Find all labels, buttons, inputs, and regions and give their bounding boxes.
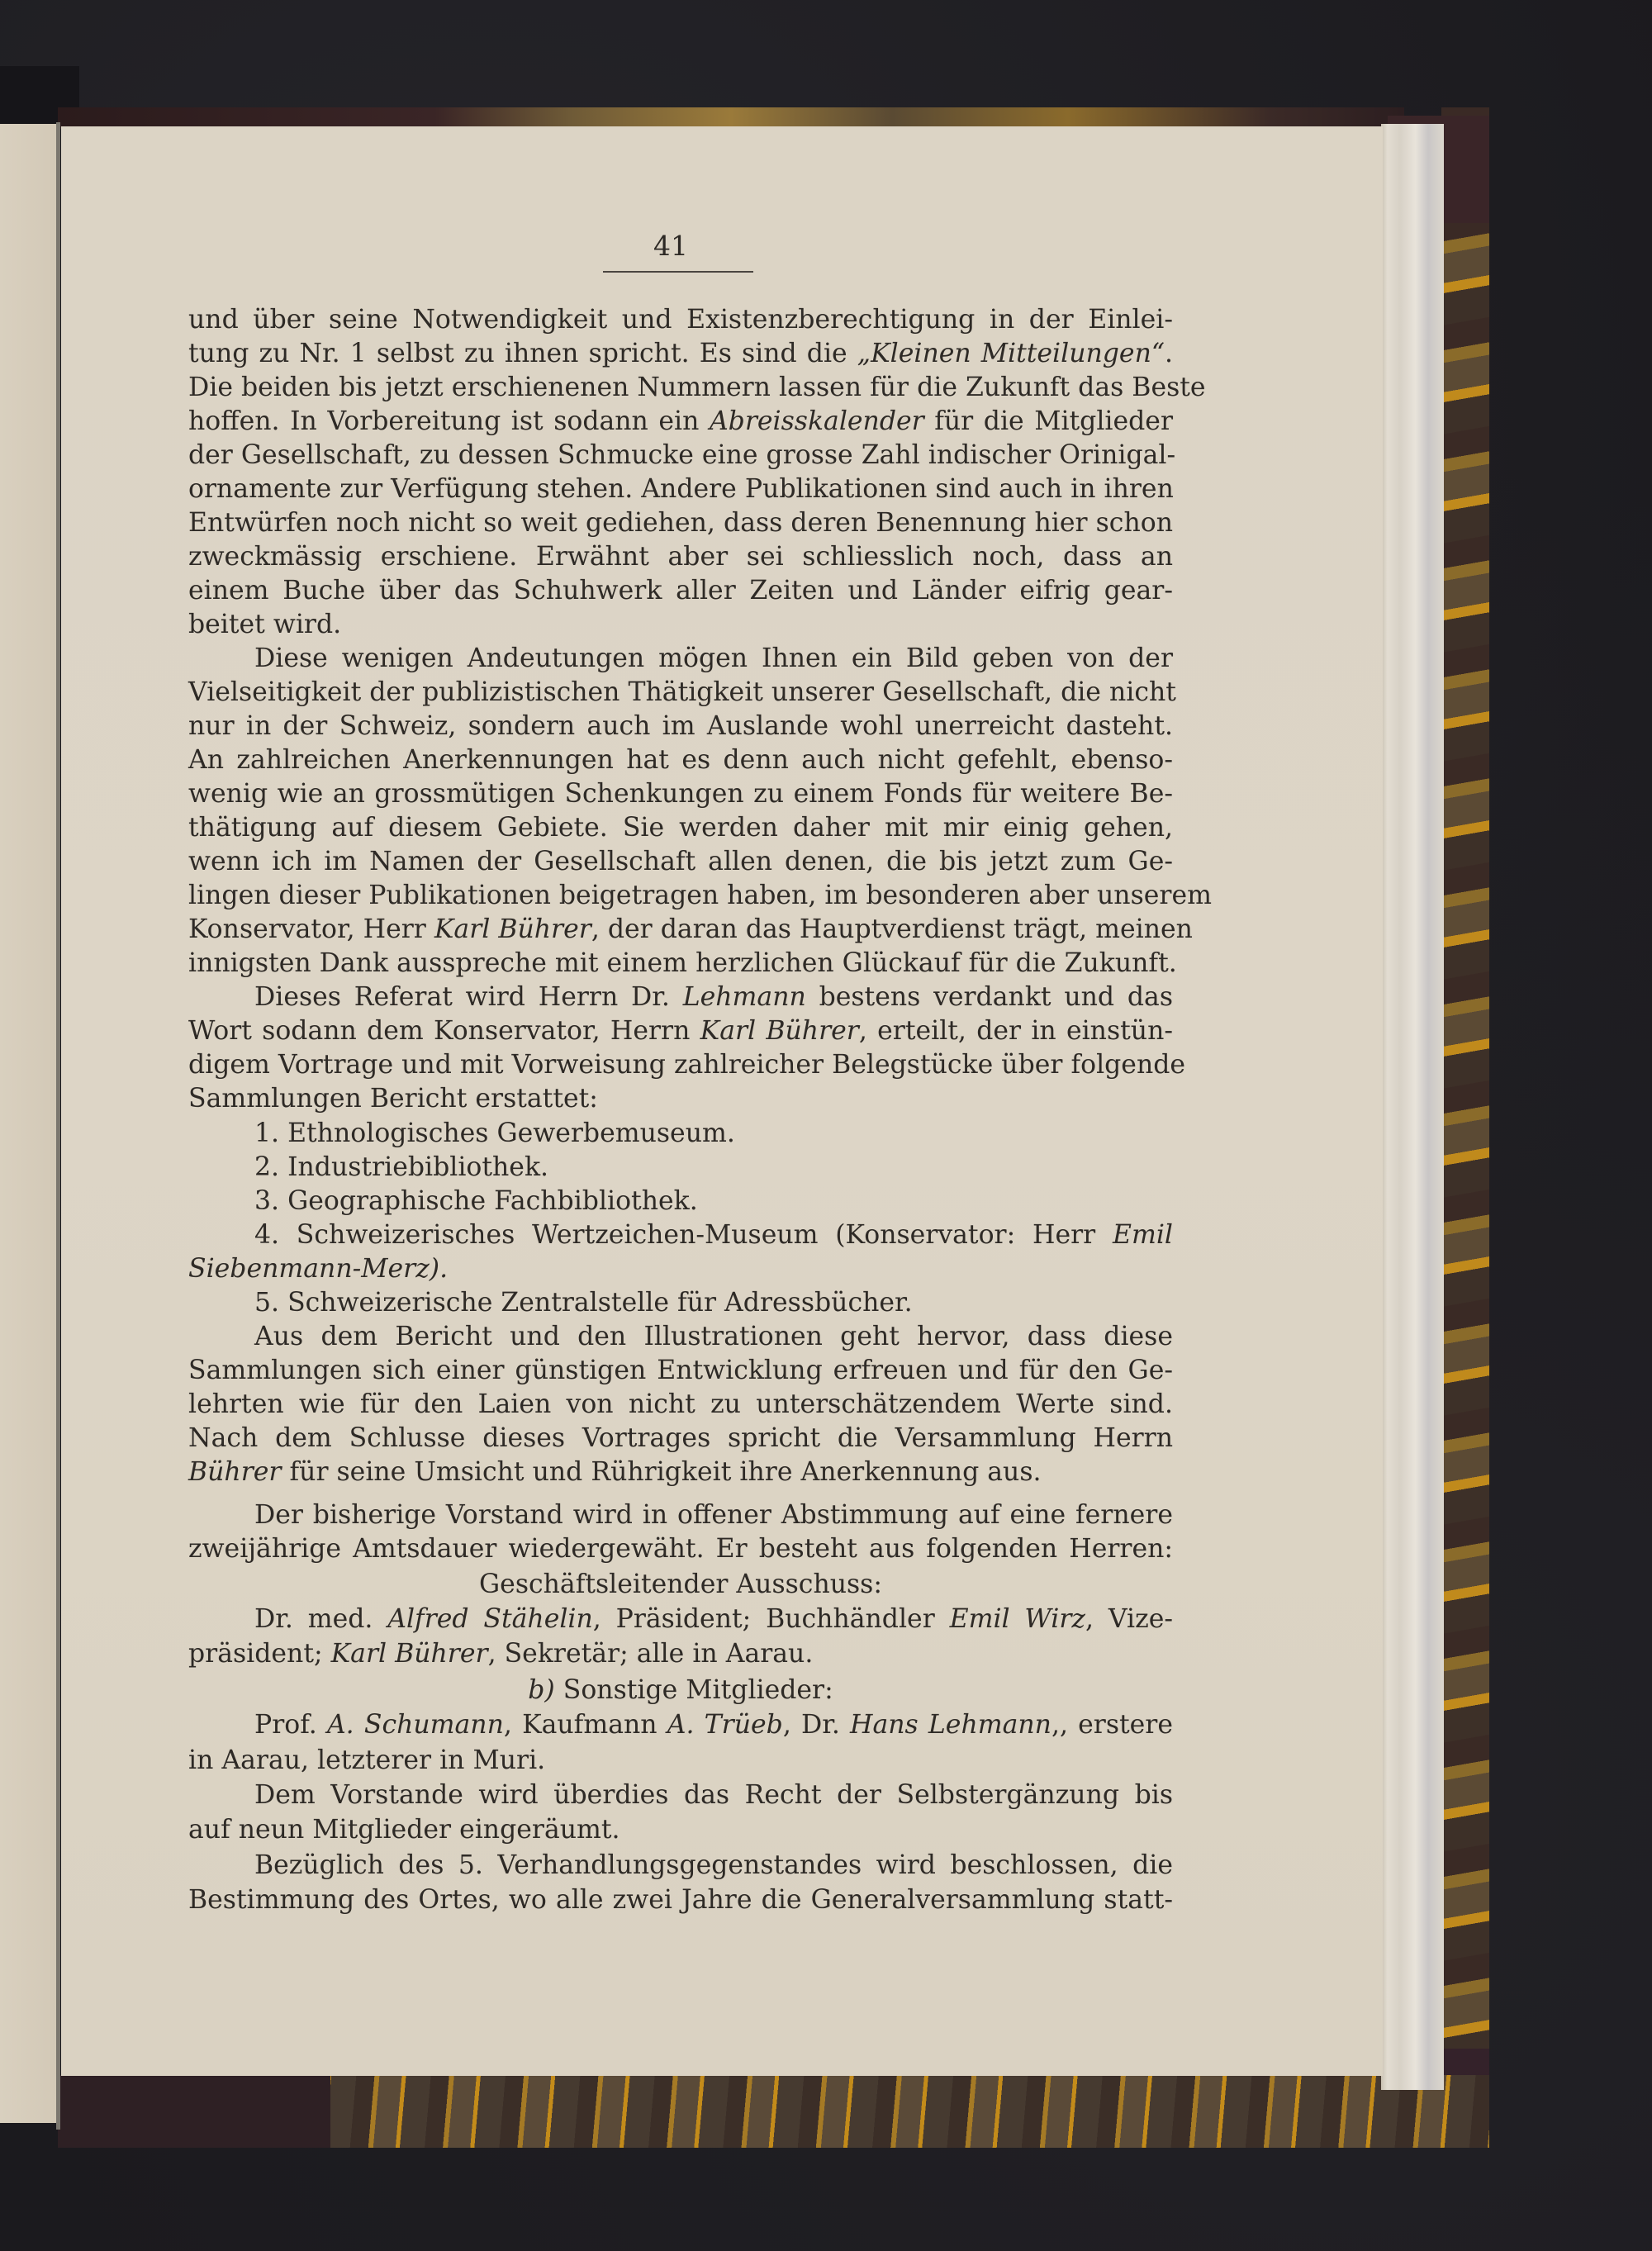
header-rule — [603, 271, 753, 273]
text-line: lingen dieser Publikationen beigetragen … — [188, 879, 1173, 912]
text-line: Dieses Referat wird Herrn Dr. Lehmann be… — [254, 981, 1173, 1014]
text-line: der Gesellschaft, zu dessen Schmucke ein… — [188, 439, 1173, 472]
text-line: wenn ich im Namen der Gesellschaft allen… — [188, 845, 1173, 878]
text-line: Wort sodann dem Konservator, Herrn Karl … — [188, 1014, 1173, 1047]
text-line: Bührer für seine Umsicht und Rührigkeit … — [188, 1456, 1173, 1489]
text-line: lehrten wie für den Laien von nicht zu u… — [188, 1388, 1173, 1421]
text-line: thätigung auf diesem Gebiete. Sie werden… — [188, 811, 1173, 844]
text-line: 2. Industriebibliothek. — [254, 1151, 1173, 1184]
text-line: Prof. A. Schumann, Kaufmann A. Trüeb, Dr… — [254, 1708, 1173, 1741]
text-line: auf neun Mitglieder eingeräumt. — [188, 1813, 1173, 1846]
text-line: Die beiden bis jetzt erschienenen Nummer… — [188, 371, 1173, 404]
text-line: 3. Geographische Fachbibliothek. — [254, 1185, 1173, 1218]
text-line: Dem Vorstande wird überdies das Recht de… — [254, 1778, 1173, 1812]
text-line: einem Buche über das Schuhwerk aller Zei… — [188, 574, 1173, 607]
text-line: 1. Ethnologisches Gewerbemuseum. — [254, 1117, 1173, 1150]
text-line: zweckmässig erschiene. Erwähnt aber sei … — [188, 540, 1173, 573]
text-line: Aus dem Bericht und den Illustrationen g… — [254, 1320, 1173, 1353]
page-number: 41 — [621, 230, 720, 262]
text-line: Sammlungen Bericht erstattet: — [188, 1082, 1173, 1115]
text-line: Nach dem Schlusse dieses Vortrages spric… — [188, 1422, 1173, 1455]
text-line: Geschäftsleitender Ausschuss: — [188, 1568, 1173, 1601]
text-line: Bezüglich des 5. Verhandlungsgegenstande… — [254, 1849, 1173, 1882]
text-line: Siebenmann-Merz). — [188, 1252, 1173, 1285]
text-line: hoffen. In Vorbereitung ist sodann ein A… — [188, 405, 1173, 438]
page-stack-edge — [1381, 124, 1444, 2090]
text-line: in Aarau, letzterer in Muri. — [188, 1744, 1173, 1777]
text-line: 5. Schweizerische Zentralstelle für Adre… — [254, 1286, 1173, 1319]
text-line: 4. Schweizerisches Wertzeichen-Museum (K… — [254, 1218, 1173, 1251]
text-line: ornamente zur Verfügung stehen. Andere P… — [188, 473, 1173, 506]
text-line: wenig wie an grossmütigen Schenkungen zu… — [188, 777, 1173, 810]
text-line: Diese wenigen Andeutungen mögen Ihnen ei… — [254, 642, 1173, 675]
text-line: Der bisherige Vorstand wird in offener A… — [254, 1498, 1173, 1532]
marbled-cover-right — [1441, 107, 1489, 2148]
text-line: Entwürfen noch nicht so weit gediehen, d… — [188, 506, 1173, 539]
text-line: präsident; Karl Bührer, Sekretär; alle i… — [188, 1637, 1173, 1670]
text-line: Konservator, Herr Karl Bührer, der daran… — [188, 913, 1173, 946]
text-line: b) Sonstige Mitglieder: — [188, 1674, 1173, 1707]
gutter — [56, 122, 60, 2130]
text-line: Vielseitigkeit der publizistischen Thäti… — [188, 676, 1173, 709]
text-line: zweijährige Amtsdauer wiedergewäht. Er b… — [188, 1532, 1173, 1565]
text-line: Dr. med. Alfred Stähelin, Präsident; Buc… — [254, 1603, 1173, 1636]
cover-bottom-leather — [58, 2075, 330, 2148]
text-line: Bestimmung des Ortes, wo alle zwei Jahre… — [188, 1883, 1173, 1916]
text-line: und über seine Notwendigkeit und Existen… — [188, 303, 1173, 336]
text-line: innigsten Dank ausspreche mit einem herz… — [188, 947, 1173, 980]
text-line: beitet wird. — [188, 608, 1173, 641]
text-line: tung zu Nr. 1 selbst zu ihnen spricht. E… — [188, 337, 1173, 370]
text-line: digem Vortrage und mit Vorweisung zahlre… — [188, 1048, 1173, 1081]
text-line: An zahlreichen Anerkennungen hat es denn… — [188, 743, 1173, 776]
text-line: Sammlungen sich einer günstigen Entwickl… — [188, 1354, 1173, 1387]
left-page-edge — [0, 124, 59, 2123]
text-line: nur in der Schweiz, sondern auch im Ausl… — [188, 710, 1173, 743]
